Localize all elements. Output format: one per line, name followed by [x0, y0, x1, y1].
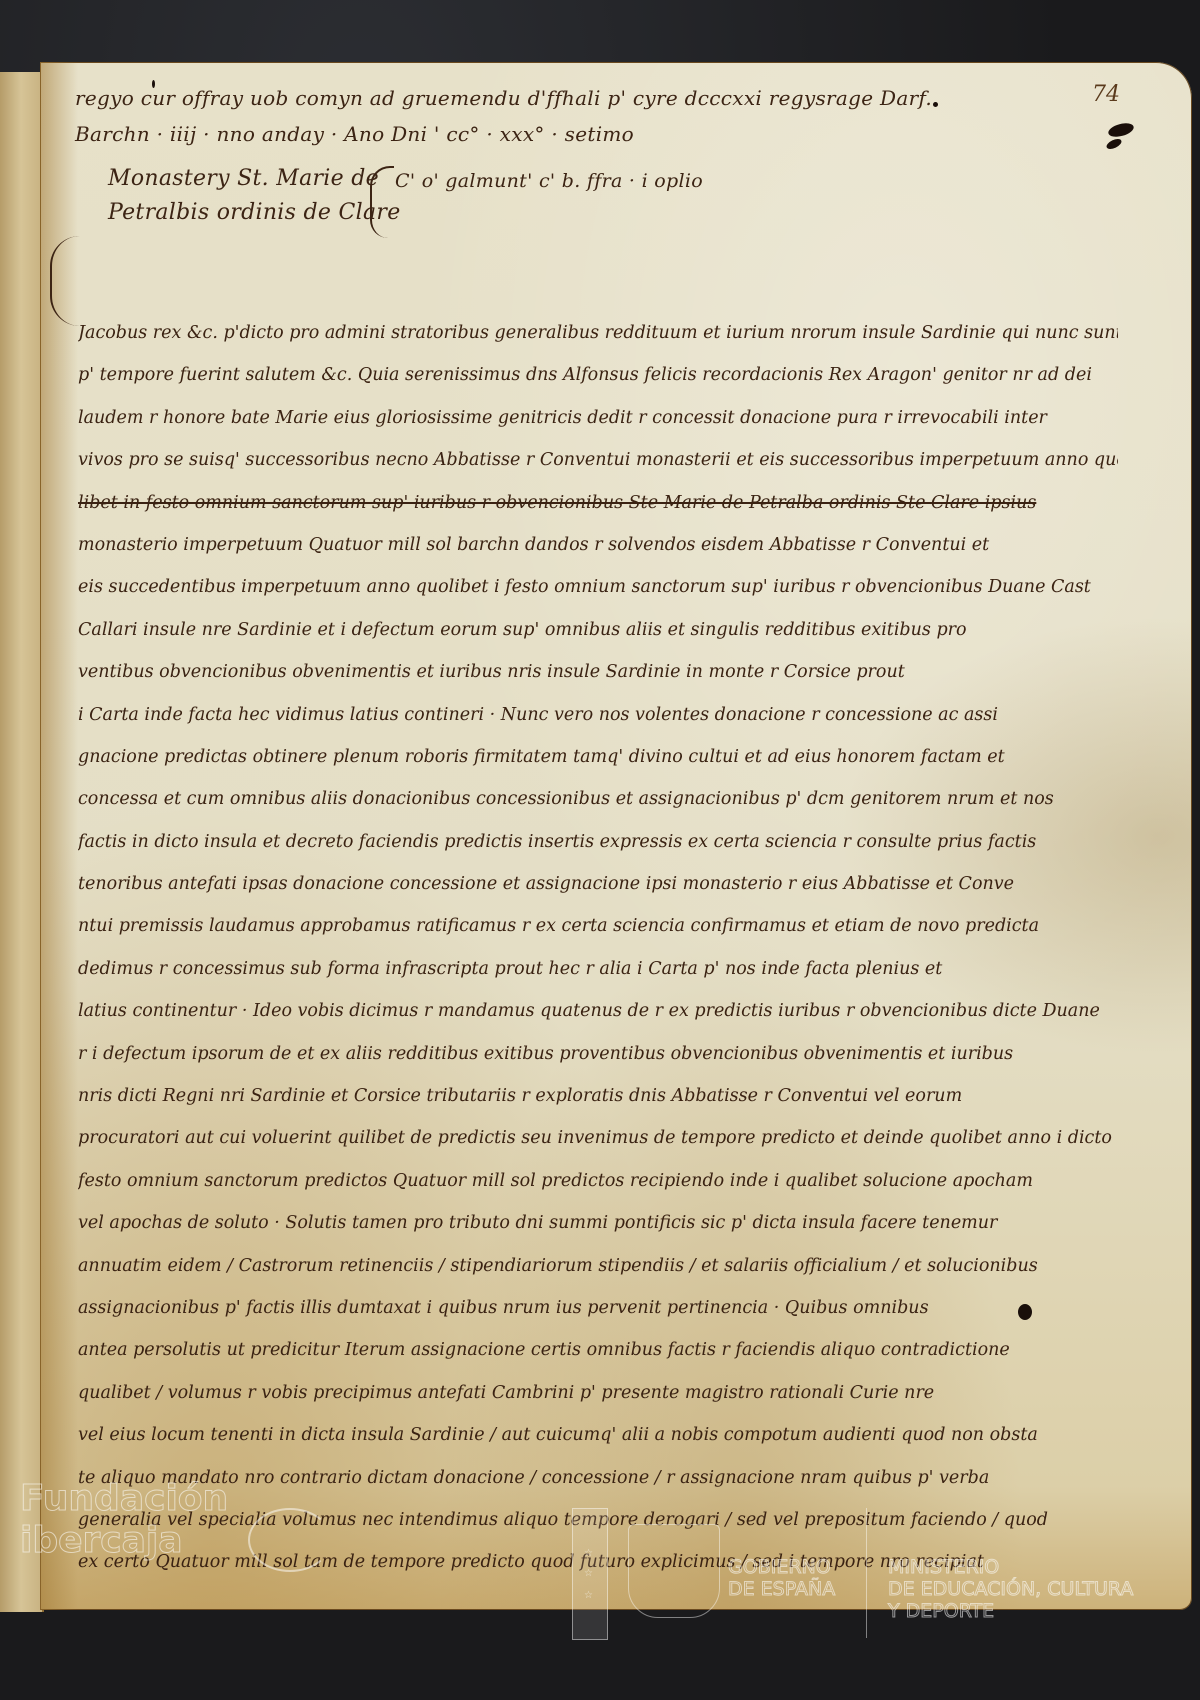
body-line: dedimus r concessimus sub forma infrascr… — [78, 948, 1118, 990]
body-line: p' tempore fuerint salutem &c. Quia sere… — [78, 354, 1118, 396]
body-line: vel eius locum tenenti in dicta insula S… — [78, 1414, 1118, 1456]
body-line: ntui premissis laudamus approbamus ratif… — [78, 905, 1118, 947]
body-line: laudem r honore bate Marie eius gloriosi… — [78, 397, 1118, 439]
body-line: annuatim eidem / Castrorum retinenciis /… — [78, 1245, 1118, 1287]
body-line: Callari insule nre Sardinie et i defectu… — [78, 609, 1118, 651]
body-line: qualibet / volumus r vobis precipimus an… — [78, 1372, 1118, 1414]
heading-line: regyo cur offray uob comyn ad gruemendu … — [75, 80, 1115, 116]
body-line: festo omnium sanctorum predictos Quatuor… — [78, 1160, 1118, 1202]
body-line: antea persolutis ut predicitur Iterum as… — [78, 1329, 1118, 1371]
body-line: vel apochas de soluto · Solutis tamen pr… — [78, 1202, 1118, 1244]
body-line: monasterio imperpetuum Quatuor mill sol … — [78, 524, 1118, 566]
body-line: i Carta inde facta hec vidimus latius co… — [78, 694, 1118, 736]
body-line: tenoribus antefati ipsas donacione conce… — [78, 863, 1118, 905]
body-line: assignacionibus p' factis illis dumtaxat… — [78, 1287, 1118, 1329]
margin-rubric: Monastery St. Marie de Petralbis ordinis… — [108, 162, 401, 230]
heading-line: Barchn · iiij · nno anday · Ano Dni ' cc… — [75, 116, 1115, 152]
previous-leaf-edge — [0, 72, 44, 1612]
body-line: Jacobus rex &c. p'dicto pro admini strat… — [78, 312, 1118, 354]
heading-block: regyo cur offray uob comyn ad gruemendu … — [75, 80, 1115, 152]
body-line: ventibus obvencionibus obvenimentis et i… — [78, 651, 1118, 693]
body-line-struck: libet in festo omnium sanctorum sup' iur… — [78, 482, 1118, 524]
body-line: nris dicti Regni nri Sardinie et Corsice… — [78, 1075, 1118, 1117]
rubric-bracket — [370, 166, 394, 238]
body-line: r i defectum ipsorum de et ex aliis redd… — [78, 1033, 1118, 1075]
body-line: gnacione predictas obtinere plenum robor… — [78, 736, 1118, 778]
rubric-annotation: C' o' galmunt' c' b. ffra · i oplio — [395, 170, 703, 192]
body-line: vivos pro se suisq' successoribus necno … — [78, 439, 1118, 481]
body-line: concessa et cum omnibus aliis donacionib… — [78, 778, 1118, 820]
body-line: ex certo Quatuor mill sol tam de tempore… — [78, 1541, 1118, 1583]
body-line: factis in dicto insula et decreto facien… — [78, 821, 1118, 863]
body-line: latius continentur · Ideo vobis dicimus … — [78, 990, 1118, 1032]
body-line: generalia vel specialia volumus nec inte… — [78, 1499, 1118, 1541]
body-line: eis succedentibus imperpetuum anno quoli… — [78, 566, 1118, 608]
rubric-line: Monastery St. Marie de — [108, 162, 401, 196]
rubric-line: Petralbis ordinis de Clare — [108, 196, 401, 230]
body-line: procuratori aut cui voluerint quilibet d… — [78, 1117, 1118, 1159]
body-text: Jacobus rex &c. p'dicto pro admini strat… — [78, 312, 1118, 1584]
body-line: te aliquo mandato nro contrario dictam d… — [78, 1457, 1118, 1499]
